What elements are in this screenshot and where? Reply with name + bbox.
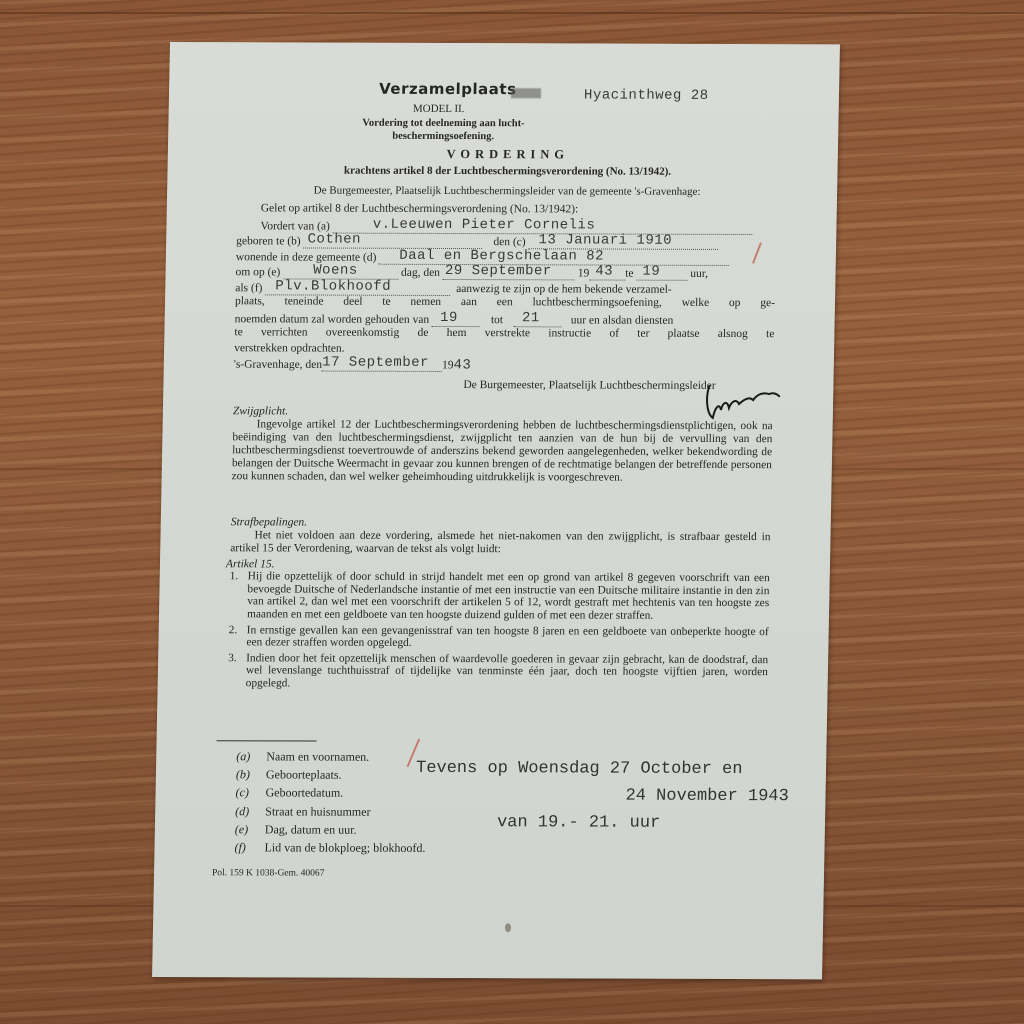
paper-stain [505,923,511,932]
typed-note-line-3: van 19.- 21. uur [497,817,660,830]
hour-field: 19 [636,266,687,281]
form-subtitle: Vordering tot deelneming aan lucht- besc… [338,117,548,144]
body-line-1: plaats, teneinde deel te nemen aan een l… [235,295,775,312]
hours-row: noemden datum zal worden gehouden van 19… [235,311,775,328]
birthplace-field: Cothen [303,233,482,249]
strafbepalingen-text: Het niet voldoen aan deze vordering, als… [230,529,770,557]
footnote-divider [217,740,317,741]
exercise-year-field: 43 [589,265,625,280]
signer-title: De Burgemeester, Plaatselijk Luchtbesche… [463,379,715,392]
requisition-fields: Gelet op artikel 8 der Luchtbeschermings… [234,202,777,359]
footnotes-list: (a)Naam en voornamen. (b)Geboorteplaats.… [234,747,427,857]
zwijgplicht-text: Ingevolge artikel 12 der Luchtbeschermin… [232,418,773,485]
artikel-item: 3. Indien door het feit opzettelijk mens… [228,652,769,692]
print-code: Pol. 159 K 1038-Gem. 40067 [212,867,325,880]
address-field: Daal en Bergschelaan 82 [379,249,729,265]
requisition-form-paper: Verzamelplaats Hyacinthweg 28 MODEL II. … [152,42,840,979]
footnote-item: (b)Geboorteplaats. [236,765,427,784]
document-title: VORDERING [238,147,778,161]
issuance-line: 's-Gravenhage, den17 September1943 [234,356,472,372]
form-content: Verzamelplaats Hyacinthweg 28 MODEL II. … [240,62,780,64]
footnote-item: (f)Lid van de blokploeg; blokhoofd. [234,838,425,857]
subtitle-line-2: beschermingsoefening. [338,130,548,144]
wood-grain [0,12,1024,14]
stamp-blot [511,88,541,98]
role-field: Plv.Blokhoofd [265,280,450,296]
footnote-item: (c)Geboortedatum. [235,784,426,803]
from-hour-field: 19 [432,311,480,326]
to-hour-field: 21 [514,312,562,327]
artikel-item: 2. In ernstige gevallen kan een gevangen… [228,624,768,651]
body-line-3: te verrichten overeenkomstig de hem vers… [234,326,774,343]
verzamelplaats-label: Verzamelplaats [379,83,517,96]
footnote-item: (d)Straat en huisnummer [235,802,426,821]
issuer-intro: De Burgemeester, Plaatselijk Luchtbesche… [237,184,777,198]
issuance-year: 43 [453,357,471,373]
legal-basis: krachtens artikel 8 der Luchtbescherming… [237,164,777,178]
typed-note-line-1: Tevens op Woensdag 27 October en [416,763,743,777]
issuance-date-field: 17 September [322,357,442,372]
strafbepalingen-section: Strafbepalingen. Het niet voldoen aan de… [228,516,771,694]
role-row: als (f) Plv.Blokhoofd aanwezig te zijn o… [235,280,775,297]
zwijgplicht-section: Zwijgplicht. Ingevolge artikel 12 der Lu… [232,405,773,484]
verzamelplaats-address: Hyacinthweg 28 [584,89,709,102]
subtitle-line-1: Vordering tot deelneming aan lucht- [338,117,548,131]
model-label: MODEL II. [339,103,539,116]
exercise-date-field: 29 September [443,265,575,280]
typed-note-line-2: 24 November 1943 [625,791,788,804]
footnote-item: (e)Dag, datum en uur. [235,820,426,839]
footnote-item: (a)Naam en voornamen. [236,747,427,766]
artikel-item: 1. Hij die opzettelijk of door schuld in… [229,570,770,622]
